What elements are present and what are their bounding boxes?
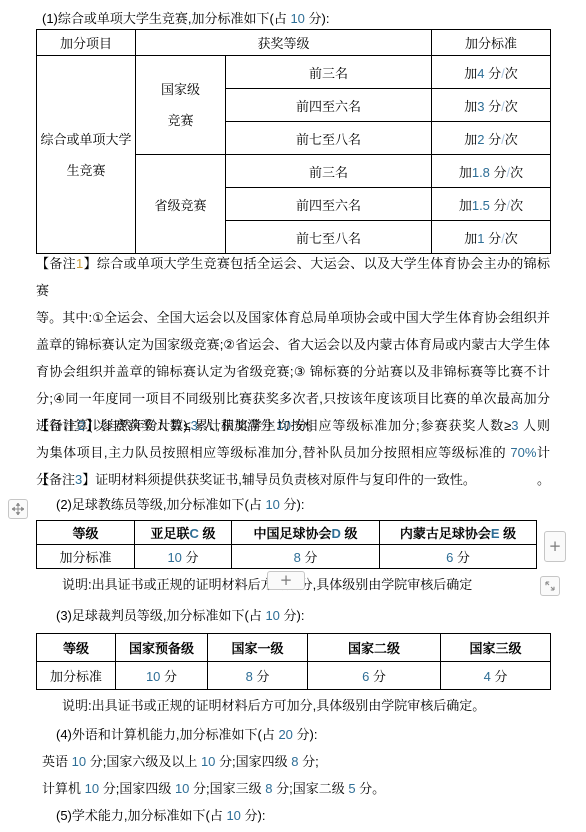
referee-level-table: 等级 国家预备级 国家一级 国家二级 国家三级 加分标准 10 分 8 分 6 … bbox=[36, 633, 551, 690]
cell-score: 6 分 bbox=[308, 662, 441, 690]
national-level-line1: 国家级 bbox=[136, 74, 225, 105]
table-row: 综合或单项大学 生竞赛 国家级 竞赛 前三名 加4 分/次 bbox=[37, 56, 551, 89]
cell-rank: 前七至八名 bbox=[226, 221, 432, 254]
cell-row-label: 加分标准 bbox=[37, 545, 135, 569]
header-national-1: 国家一级 bbox=[208, 634, 308, 662]
cell-score: 加3 分/次 bbox=[432, 89, 551, 122]
cell-score: 加2 分/次 bbox=[432, 122, 551, 155]
note-1-line: 育协会组织并盖章的锦标赛认定为省级竞赛;③ 锦标赛的分站赛以及非锦标赛等比赛不计 bbox=[36, 358, 550, 385]
section-title-3: (3)足球裁判员等级,加分标准如下(占 10 分): bbox=[56, 602, 304, 629]
competition-bonus-table: 加分项目 获奖等级 加分标准 综合或单项大学 生竞赛 国家级 竞赛 前三名 加4… bbox=[36, 29, 551, 254]
cell-score: 10 分 bbox=[116, 662, 208, 690]
table-header-row: 等级 亚足联C 级 中国足球协会D 级 内蒙古足球协会E 级 bbox=[37, 521, 537, 545]
coach-level-table: 等级 亚足联C 级 中国足球协会D 级 内蒙古足球协会E 级 加分标准 10 分… bbox=[36, 520, 537, 569]
cell-project-name: 综合或单项大学 生竞赛 bbox=[37, 56, 136, 254]
national-level-line2: 竞赛 bbox=[136, 105, 225, 136]
cell-national-level: 国家级 竞赛 bbox=[136, 56, 226, 155]
section-title-1: (1)综合或单项大学生竞赛,加分标准如下(占 10 分): bbox=[42, 5, 329, 32]
move-icon bbox=[12, 503, 24, 515]
header-bonus-item: 加分项目 bbox=[37, 30, 136, 56]
cell-rank: 前三名 bbox=[226, 56, 432, 89]
table-add-row-button[interactable]: + bbox=[267, 571, 305, 590]
header-national-3: 国家三级 bbox=[441, 634, 551, 662]
note-2-line: 【备注2】参赛获奖人数≤3 人,获奖学生均按相应等级标准加分;参赛获奖人数≥3 … bbox=[36, 412, 550, 439]
computer-score-line: 计算机 10 分;国家四级 10 分;国家三级 8 分;国家二级 5 分。 bbox=[42, 775, 385, 802]
header-award-level: 获奖等级 bbox=[136, 30, 432, 56]
cell-score: 加1.8 分/次 bbox=[432, 155, 551, 188]
table-add-column-button[interactable]: + bbox=[544, 531, 566, 562]
table-resize-handle[interactable] bbox=[540, 576, 560, 596]
note-1-line: 等。其中:①全运会、全国大运会以及国家体育总局单项协会或中国大学生体育协会组织并 bbox=[36, 304, 550, 331]
table-row: 加分标准 10 分 8 分 6 分 4 分 bbox=[37, 662, 551, 690]
cell-score: 加1 分/次 bbox=[432, 221, 551, 254]
cell-rank: 前四至六名 bbox=[226, 89, 432, 122]
header-cfa-d: 中国足球协会D 级 bbox=[232, 521, 380, 545]
cell-row-label: 加分标准 bbox=[37, 662, 116, 690]
note-3: 【备注3】证明材料须提供获奖证书,辅导员负责核对原件与复印件的一致性。 bbox=[36, 466, 550, 493]
cell-rank: 前三名 bbox=[226, 155, 432, 188]
note-1-line: 【备注1】综合或单项大学生竞赛包括全运会、大运会、以及大学生体育协会主办的锦标赛 bbox=[36, 250, 550, 304]
cell-provincial-level: 省级竞赛 bbox=[136, 155, 226, 254]
cell-score: 8 分 bbox=[208, 662, 308, 690]
cell-score: 10 分 bbox=[135, 545, 232, 569]
cell-score: 加4 分/次 bbox=[432, 56, 551, 89]
header-national-reserve: 国家预备级 bbox=[116, 634, 208, 662]
header-level: 等级 bbox=[37, 521, 135, 545]
note-1-line: 盖章的锦标赛认定为国家级竞赛;②省运会、省大运会以及内蒙古体育局或内蒙古大学生体 bbox=[36, 331, 550, 358]
table-header-row: 等级 国家预备级 国家一级 国家二级 国家三级 bbox=[37, 634, 551, 662]
section-title-4: (4)外语和计算机能力,加分标准如下(占 20 分): bbox=[56, 721, 317, 748]
cell-score: 4 分 bbox=[441, 662, 551, 690]
header-bonus-standard: 加分标准 bbox=[432, 30, 551, 56]
resize-diagonal-icon bbox=[544, 580, 556, 592]
table-header-row: 加分项目 获奖等级 加分标准 bbox=[37, 30, 551, 56]
table-row: 加分标准 10 分 8 分 6 分 bbox=[37, 545, 537, 569]
header-level: 等级 bbox=[37, 634, 116, 662]
cell-score: 8 分 bbox=[232, 545, 380, 569]
cell-rank: 前四至六名 bbox=[226, 188, 432, 221]
table-move-handle[interactable] bbox=[8, 499, 28, 519]
note-1: 【备注1】综合或单项大学生竞赛包括全运会、大运会、以及大学生体育协会主办的锦标赛… bbox=[36, 250, 550, 439]
section-title-5: (5)学术能力,加分标准如下(占 10 分): bbox=[56, 802, 265, 829]
plus-icon: + bbox=[280, 573, 293, 588]
section-title-2: (2)足球教练员等级,加分标准如下(占 10 分): bbox=[56, 491, 304, 518]
note-3-line: 【备注3】证明材料须提供获奖证书,辅导员负责核对原件与复印件的一致性。 bbox=[36, 466, 550, 493]
document-page: (1)综合或单项大学生竞赛,加分标准如下(占 10 分): 加分项目 获奖等级 … bbox=[0, 0, 586, 832]
cell-score: 加1.5 分/次 bbox=[432, 188, 551, 221]
cell-score: 6 分 bbox=[380, 545, 537, 569]
note-1-line: 分;④同一年度同一项目不同级别比赛获奖多次者,只按该年度该项目比赛的单次最高加分 bbox=[36, 385, 550, 412]
plus-icon: + bbox=[549, 539, 562, 554]
header-afc-c: 亚足联C 级 bbox=[135, 521, 232, 545]
header-imfa-e: 内蒙古足球协会E 级 bbox=[380, 521, 537, 545]
project-name-line1: 综合或单项大学 bbox=[37, 124, 135, 155]
header-national-2: 国家二级 bbox=[308, 634, 441, 662]
english-score-line: 英语 10 分;国家六级及以上 10 分;国家四级 8 分; bbox=[42, 748, 319, 775]
cell-rank: 前七至八名 bbox=[226, 122, 432, 155]
project-name-line2: 生竞赛 bbox=[37, 155, 135, 186]
table-3-note: 说明:出具证书或正规的证明材料后方可加分,具体级别由学院审核后确定。 bbox=[62, 692, 485, 719]
